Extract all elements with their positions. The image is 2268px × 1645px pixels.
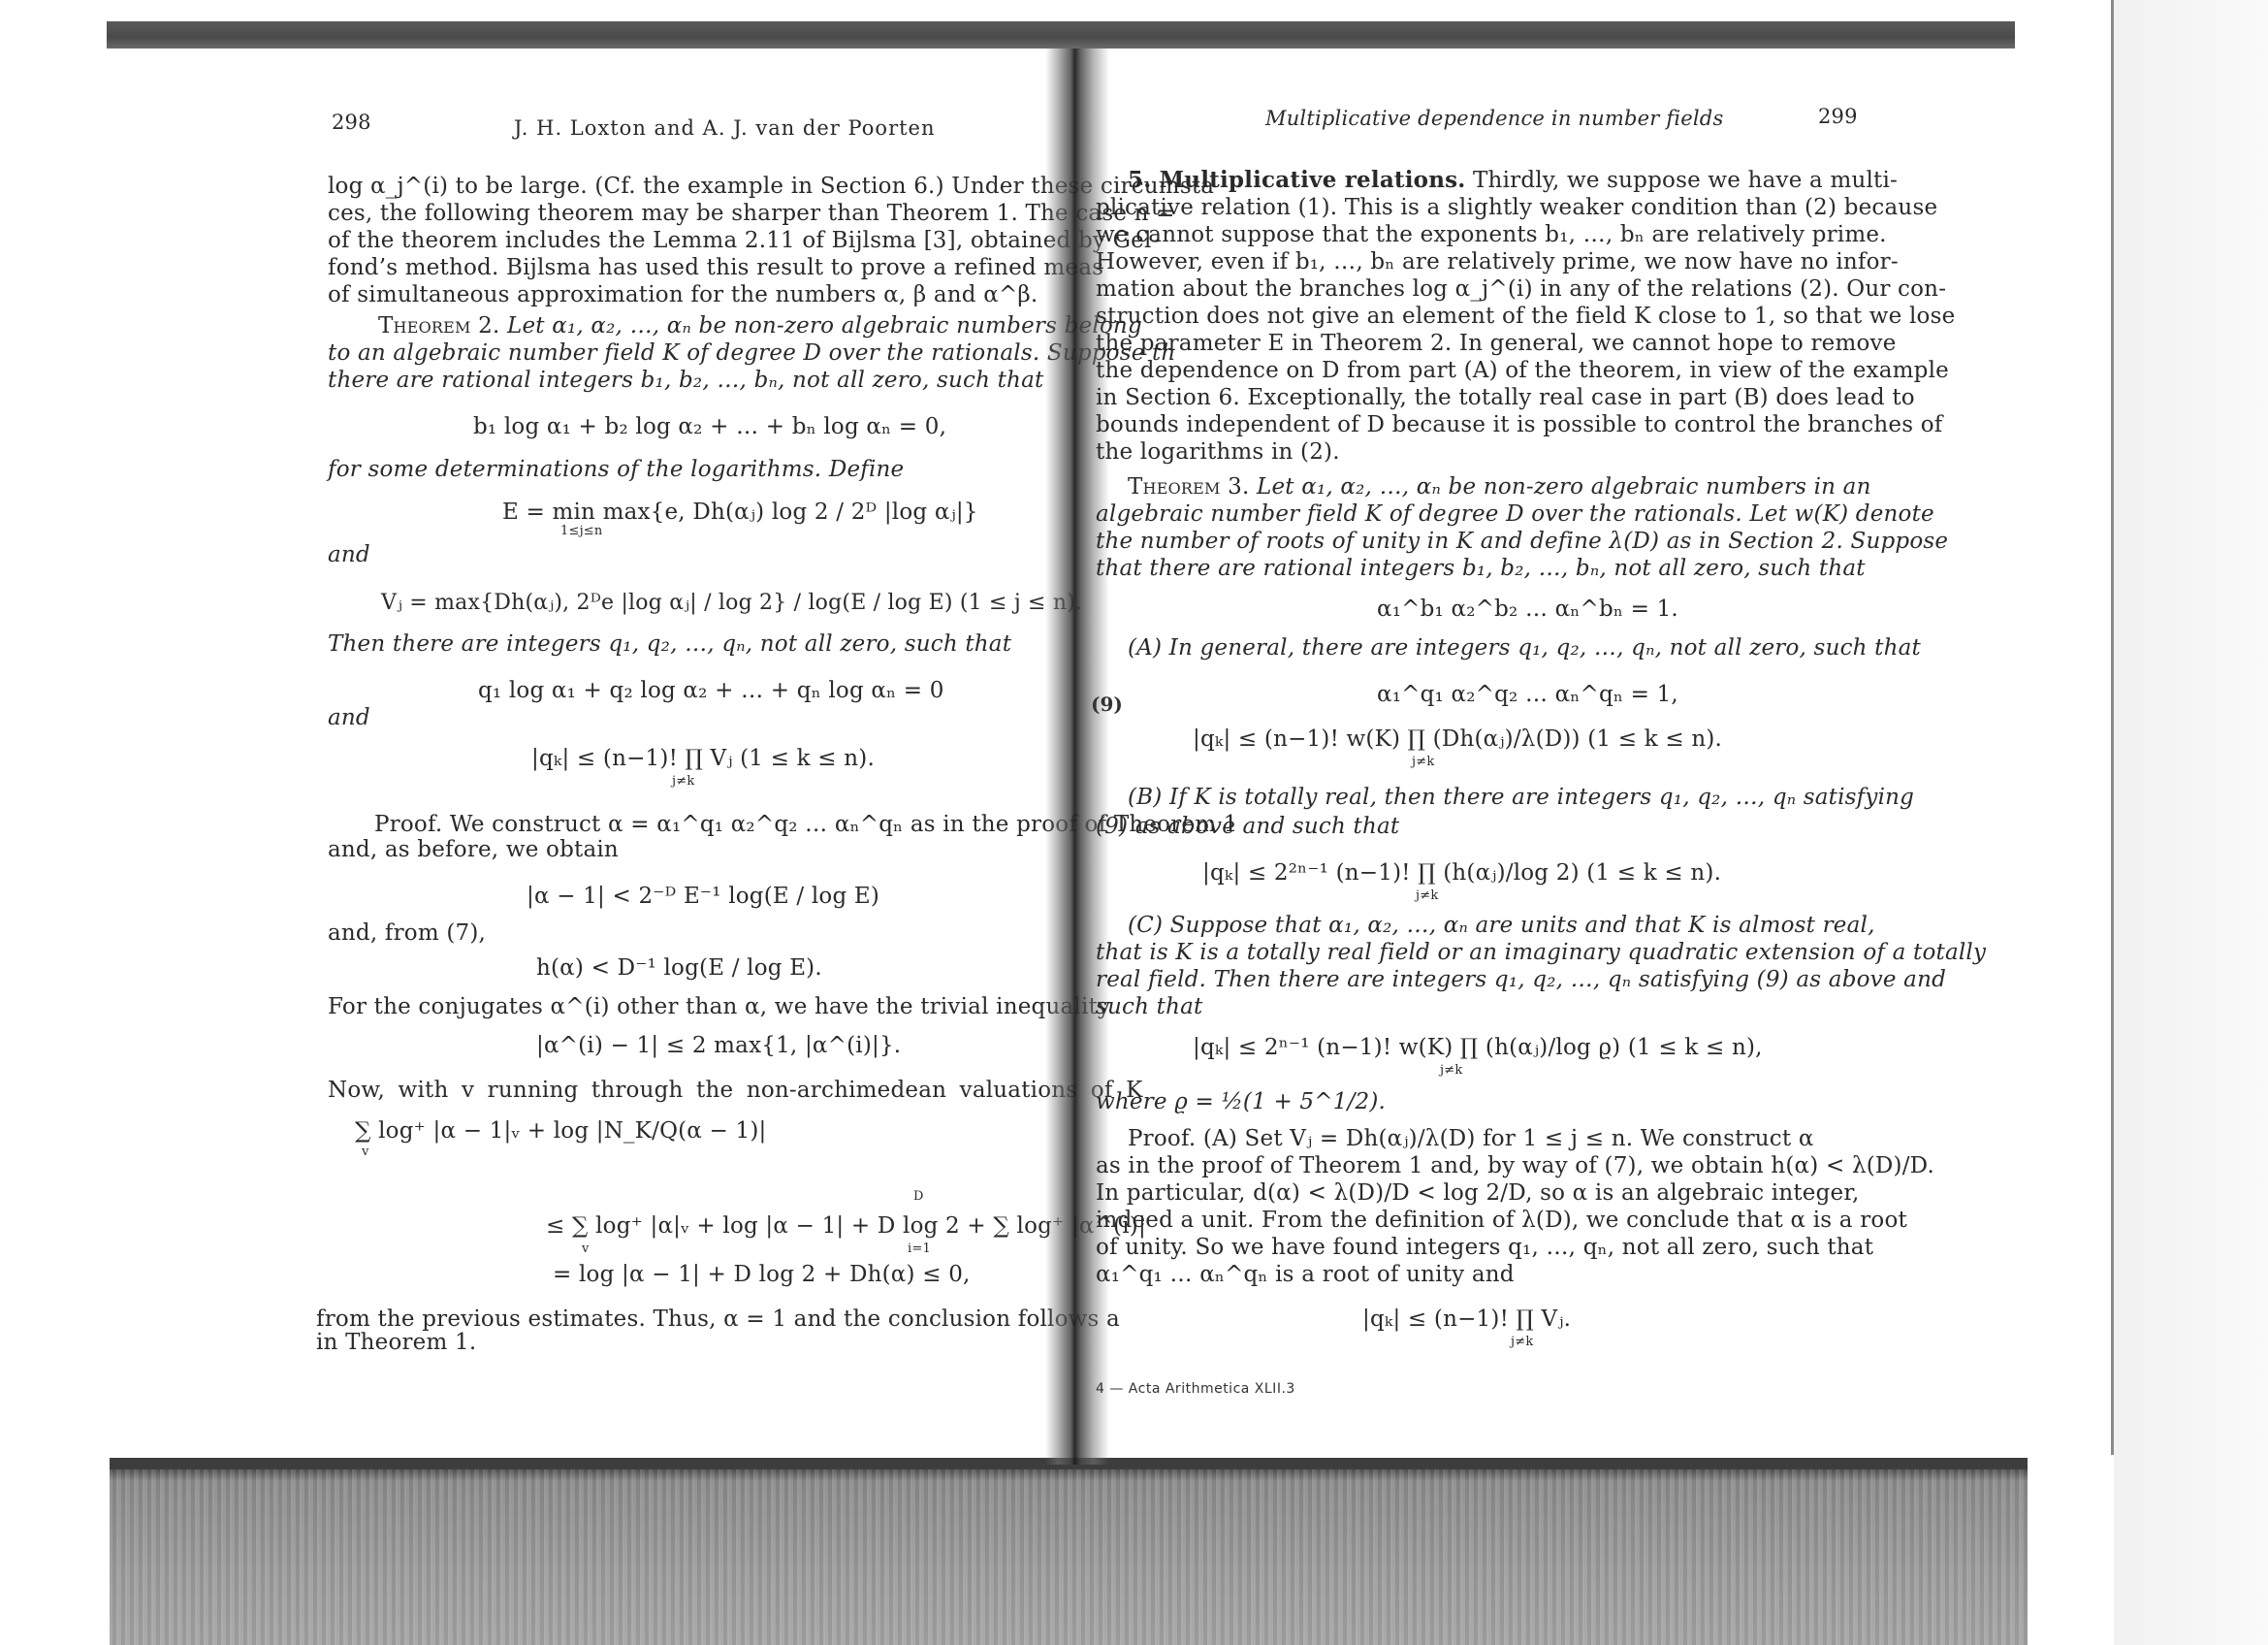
equation: α₁^b₁ α₂^b₂ … αₙ^bₙ = 1. xyxy=(1377,596,1678,623)
equation: E = min max{e, Dh(αⱼ) log 2 / 2ᴰ |log αⱼ… xyxy=(502,499,978,526)
equation-subscript: i=1 xyxy=(908,1242,931,1257)
connector-text: and xyxy=(328,704,370,731)
equation-subscript: j≠k xyxy=(1440,1063,1462,1079)
proof-line: as in the proof of Theorem 1 and, by way… xyxy=(1096,1152,1934,1179)
equation: Vⱼ = max{Dh(αⱼ), 2ᴰe |log αⱼ| / log 2} /… xyxy=(381,590,1082,617)
proof-line: In particular, d(α) < λ(D)/D < log 2/D, … xyxy=(1096,1179,1860,1207)
equation-subscript: 1≤j≤n xyxy=(560,524,602,539)
equation-number: (9) xyxy=(1091,693,1123,716)
theorem-text: Let α₁, α₂, …, αₙ be non-zero algebraic … xyxy=(1257,474,1871,500)
theorem-line: the number of roots of unity in K and de… xyxy=(1096,528,1948,555)
theorem-part-b: (9) as above and such that xyxy=(1096,813,1399,840)
equation: |α − 1| < 2⁻ᴰ E⁻¹ log(E / log E) xyxy=(527,883,879,910)
proof-line: α₁^q₁ … αₙ^qₙ is a root of unity and xyxy=(1096,1261,1515,1288)
equation: h(α) < D⁻¹ log(E / log E). xyxy=(536,954,822,982)
theorem-label: Theorem 2. xyxy=(378,313,499,339)
theorem-line: for some determinations of the logarithm… xyxy=(328,456,904,483)
theorem-part-a: (A) In general, there are integers q₁, q… xyxy=(1128,634,1921,661)
body-line: fond’s method. Bijlsma has used this res… xyxy=(328,254,1103,281)
equation-subscript: j≠k xyxy=(1416,888,1438,904)
connector-text: and xyxy=(328,541,370,568)
body-line: of the theorem includes the Lemma 2.11 o… xyxy=(328,227,1160,254)
body-line: the parameter E in Theorem 2. In general… xyxy=(1096,330,1897,357)
page-number: 299 xyxy=(1818,103,1858,130)
body-line: bounds independent of D because it is po… xyxy=(1096,411,1942,438)
proof-line: For the conjugates α^(i) other than α, w… xyxy=(328,993,1110,1020)
equation-subscript: j≠k xyxy=(1511,1335,1533,1350)
body-line: of simultaneous approximation for the nu… xyxy=(328,281,1038,308)
proof-line: Proof. (A) Set Vⱼ = Dh(αⱼ)/λ(D) for 1 ≤ … xyxy=(1128,1125,1814,1152)
theorem-2-statement: Theorem 2. Let α₁, α₂, …, αₙ be non-zero… xyxy=(378,312,1142,339)
theorem-where: where ϱ = ½(1 + 5^1/2). xyxy=(1096,1088,1386,1115)
page-number: 298 xyxy=(332,109,371,136)
equation-subscript: v xyxy=(582,1242,590,1257)
body-line: we cannot suppose that the exponents b₁,… xyxy=(1096,221,1887,248)
equation-subscript: j≠k xyxy=(672,774,694,790)
theorem-label: Theorem 3. xyxy=(1128,474,1249,500)
equation: = log |α − 1| + D log 2 + Dh(α) ≤ 0, xyxy=(553,1261,971,1288)
theorem-3-statement: Theorem 3. Let α₁, α₂, …, αₙ be non-zero… xyxy=(1128,473,1871,500)
section-text: Thirdly, we suppose we have a multi- xyxy=(1473,168,1898,193)
proof-line: indeed a unit. From the definition of λ(… xyxy=(1096,1207,1907,1234)
section-5-first-line: 5. Multiplicative relations. Thirdly, we… xyxy=(1128,167,1898,194)
journal-footer: 4 — Acta Arithmetica XLII.3 xyxy=(1096,1381,1295,1397)
proof-line: of unity. So we have found integers q₁, … xyxy=(1096,1234,1873,1261)
equation-superscript: D xyxy=(913,1189,924,1205)
equation-subscript: v xyxy=(362,1145,369,1160)
theorem-line: algebraic number field K of degree D ove… xyxy=(1096,500,1934,528)
section-heading: 5. Multiplicative relations. xyxy=(1128,167,1466,193)
theorem-part-c: such that xyxy=(1096,993,1202,1020)
scan-top-bar xyxy=(107,21,2015,48)
proof-line: and, as before, we obtain xyxy=(328,836,619,863)
running-head: Multiplicative dependence in number fiel… xyxy=(1265,105,1723,132)
equation: α₁^q₁ α₂^q₂ … αₙ^qₙ = 1, xyxy=(1377,681,1678,708)
equation: q₁ log α₁ + q₂ log α₂ + … + qₙ log αₙ = … xyxy=(478,677,944,704)
body-line: in Section 6. Exceptionally, the totally… xyxy=(1096,384,1915,411)
theorem-line: Then there are integers q₁, q₂, …, qₙ, n… xyxy=(328,630,1011,658)
equation: |qₖ| ≤ (n−1)! ∏ Vⱼ (1 ≤ k ≤ n). xyxy=(531,745,875,772)
body-line: the dependence on D from part (A) of the… xyxy=(1096,357,1949,384)
body-line: mation about the branches log α_j^(i) in… xyxy=(1096,275,1946,303)
equation-subscript: j≠k xyxy=(1412,755,1434,770)
theorem-line: there are rational integers b₁, b₂, …, b… xyxy=(328,367,1043,394)
proof-line: in Theorem 1. xyxy=(316,1329,476,1356)
theorem-line: that there are rational integers b₁, b₂,… xyxy=(1096,555,1866,582)
running-head: J. H. Loxton and A. J. van der Poorten xyxy=(514,114,936,142)
theorem-part-c: (C) Suppose that α₁, α₂, …, αₙ are units… xyxy=(1128,912,1875,939)
body-line: However, even if b₁, …, bₙ are relativel… xyxy=(1096,248,1899,275)
scan-right-margin xyxy=(2114,0,2268,1645)
scan-bottom-area xyxy=(110,1458,2028,1645)
theorem-part-b: (B) If K is totally real, then there are… xyxy=(1128,784,1914,811)
body-line: struction does not give an element of th… xyxy=(1096,303,1955,330)
equation: |qₖ| ≤ (n−1)! w(K) ∏ (Dh(αⱼ)/λ(D)) (1 ≤ … xyxy=(1193,726,1722,753)
equation: b₁ log α₁ + b₂ log α₂ + … + bₙ log αₙ = … xyxy=(473,413,946,440)
equation: |qₖ| ≤ (n−1)! ∏ Vⱼ. xyxy=(1362,1306,1571,1333)
theorem-part-c: real field. Then there are integers q₁, … xyxy=(1096,966,1946,993)
body-line: the logarithms in (2). xyxy=(1096,438,1340,466)
body-line: plicative relation (1). This is a slight… xyxy=(1096,194,1937,221)
equation: ∑ log⁺ |α − 1|ᵥ + log |N_K/Q(α − 1)| xyxy=(355,1117,766,1145)
equation: |α^(i) − 1| ≤ 2 max{1, |α^(i)|}. xyxy=(536,1032,901,1059)
equation: |qₖ| ≤ 2²ⁿ⁻¹ (n−1)! ∏ (h(αⱼ)/log 2) (1 ≤… xyxy=(1202,859,1721,887)
proof-line: and, from (7), xyxy=(328,919,486,947)
scan-right-edge-line xyxy=(2111,0,2114,1455)
equation: |qₖ| ≤ 2ⁿ⁻¹ (n−1)! w(K) ∏ (h(αⱼ)/log ϱ) … xyxy=(1193,1034,1763,1061)
theorem-part-c: that is K is a totally real field or an … xyxy=(1096,939,1986,966)
proof-line: Now, with v running through the non-arch… xyxy=(328,1077,1142,1104)
